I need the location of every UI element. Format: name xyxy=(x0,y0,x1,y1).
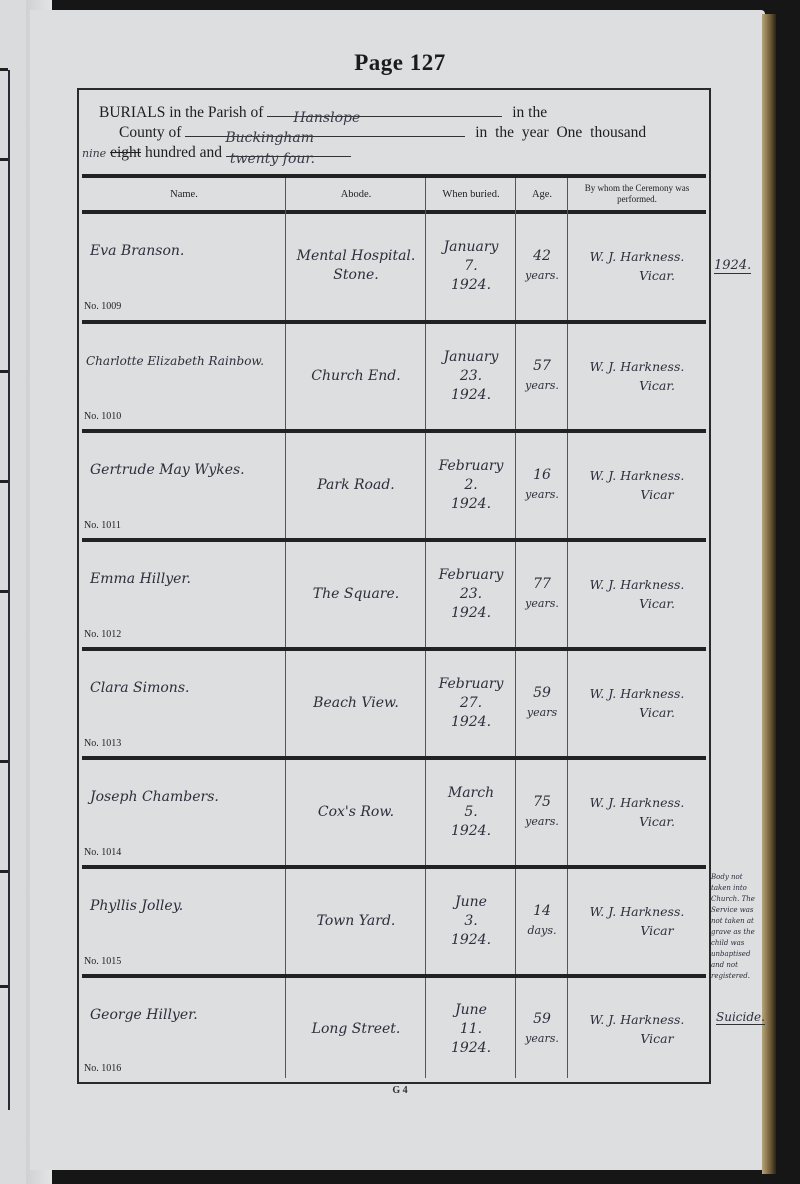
date-month: June xyxy=(455,1001,487,1020)
date-day: 7. xyxy=(464,257,477,276)
facing-page-rule xyxy=(0,870,8,873)
entry-date: March5.1924. xyxy=(426,760,516,864)
age-unit: years. xyxy=(525,1029,559,1048)
date-year: 1924. xyxy=(451,495,491,514)
entry-date: January7.1924. xyxy=(426,214,516,318)
age-unit: years. xyxy=(525,485,559,504)
officiant-title: Vicar xyxy=(600,485,673,504)
officiant-title: Vicar. xyxy=(599,266,675,285)
facing-page-rule xyxy=(0,480,8,483)
officiant-title: Vicar. xyxy=(599,594,675,613)
entry-officiant: W. J. Harkness.Vicar xyxy=(568,869,706,973)
entry-age: 77years. xyxy=(516,542,568,646)
facing-page-rule xyxy=(0,985,8,988)
header-label: BURIALS in the Parish of xyxy=(99,104,263,121)
col-header-when-buried: When buried. xyxy=(426,178,516,210)
burial-entry: George Hillyer. No. 1016 Long Street. Ju… xyxy=(82,978,706,1080)
entry-abode: Church End. xyxy=(286,324,426,428)
facing-page-rule xyxy=(0,590,8,593)
age-number: 42 xyxy=(533,247,551,266)
burial-entry: Joseph Chambers. No. 1014 Cox's Row. Mar… xyxy=(82,760,706,864)
entry-officiant: W. J. Harkness.Vicar xyxy=(568,433,706,537)
age-unit: years xyxy=(527,703,557,722)
header-line-3: nine eight hundred and twenty four. xyxy=(82,144,351,162)
officiant-name: W. J. Harkness. xyxy=(590,247,685,266)
entry-officiant: W. J. Harkness.Vicar. xyxy=(568,760,706,864)
officiant-name: W. J. Harkness. xyxy=(590,902,685,921)
entry-officiant: W. J. Harkness.Vicar. xyxy=(568,542,706,646)
date-year: 1924. xyxy=(451,713,491,732)
year-value: twenty four. xyxy=(230,151,315,167)
entry-number: No. 1010 xyxy=(84,411,121,422)
officiant-name: W. J. Harkness. xyxy=(590,684,685,703)
entry-number: No. 1009 xyxy=(84,301,121,312)
entry-abode: Mental Hospital. Stone. xyxy=(286,214,426,318)
entry-date: June11.1924. xyxy=(426,978,516,1080)
burial-entry: Charlotte Elizabeth Rainbow. No. 1010 Ch… xyxy=(82,324,706,428)
age-unit: years. xyxy=(525,266,559,285)
header-line-2: County of Buckingham in the year One tho… xyxy=(119,124,646,142)
date-year: 1924. xyxy=(451,822,491,841)
date-day: 27. xyxy=(460,694,482,713)
margin-note-unbaptised: Body not taken into Church. The Service … xyxy=(711,872,761,982)
parish-field: Hanslope xyxy=(267,116,502,117)
entry-officiant: W. J. Harkness.Vicar. xyxy=(568,324,706,428)
page-title: Page 127 xyxy=(0,50,800,76)
burial-entry: Phyllis Jolley. No. 1015 Town Yard. June… xyxy=(82,869,706,973)
officiant-name: W. J. Harkness. xyxy=(590,1010,685,1029)
page-edge xyxy=(762,14,776,1174)
entry-officiant: W. J. Harkness.Vicar. xyxy=(568,214,706,318)
entry-date: February23.1924. xyxy=(426,542,516,646)
entry-number: No. 1015 xyxy=(84,956,121,967)
margin-note-suicide: Suicide. xyxy=(716,1010,765,1025)
date-month: February xyxy=(439,675,504,694)
margin-note-year: 1924. xyxy=(714,258,751,274)
entry-abode: Long Street. xyxy=(286,978,426,1080)
col-header-officiant: By whom the Ceremony was performed. xyxy=(568,178,706,210)
date-day: 23. xyxy=(460,367,482,386)
entry-abode: Town Yard. xyxy=(286,869,426,973)
officiant-title: Vicar. xyxy=(599,376,675,395)
burial-entry: Emma Hillyer. No. 1012 The Square. Febru… xyxy=(82,542,706,646)
date-day: 2. xyxy=(464,476,477,495)
date-month: January xyxy=(444,348,499,367)
age-number: 16 xyxy=(533,466,551,485)
officiant-title: Vicar. xyxy=(599,703,675,722)
entry-age: 16years. xyxy=(516,433,568,537)
entry-date: June3.1924. xyxy=(426,869,516,973)
year-correction: nine xyxy=(82,147,106,160)
age-number: 14 xyxy=(533,902,551,921)
header-line-1: BURIALS in the Parish of Hanslope in the xyxy=(99,104,547,122)
burial-entry: Eva Branson. No. 1009 Mental Hospital. S… xyxy=(82,214,706,318)
entry-abode: The Square. xyxy=(286,542,426,646)
age-unit: years. xyxy=(525,812,559,831)
entry-age: 59years xyxy=(516,651,568,755)
age-unit: days. xyxy=(528,921,557,940)
entry-age: 14days. xyxy=(516,869,568,973)
entry-number: No. 1012 xyxy=(84,629,121,640)
entry-age: 42years. xyxy=(516,214,568,318)
facing-page-rule xyxy=(0,158,8,161)
date-month: June xyxy=(455,893,487,912)
signature-mark: G 4 xyxy=(0,1085,800,1096)
entry-number: No. 1011 xyxy=(84,520,121,531)
entry-abode: Cox's Row. xyxy=(286,760,426,864)
date-month: February xyxy=(439,457,504,476)
header-label: hundred and xyxy=(145,144,222,161)
entry-age: 57years. xyxy=(516,324,568,428)
entry-age: 75years. xyxy=(516,760,568,864)
entry-date: January23.1924. xyxy=(426,324,516,428)
date-year: 1924. xyxy=(451,276,491,295)
officiant-name: W. J. Harkness. xyxy=(590,793,685,812)
age-unit: years. xyxy=(525,376,559,395)
date-month: February xyxy=(439,566,504,585)
age-number: 59 xyxy=(533,684,551,703)
burial-entry: Clara Simons. No. 1013 Beach View. Febru… xyxy=(82,651,706,755)
officiant-title: Vicar xyxy=(600,1029,673,1048)
age-number: 77 xyxy=(533,575,551,594)
entry-number: No. 1014 xyxy=(84,847,121,858)
entry-age: 59years. xyxy=(516,978,568,1080)
date-year: 1924. xyxy=(451,1039,491,1058)
struck-text: eight xyxy=(110,144,141,161)
facing-page-rule xyxy=(0,370,8,373)
entry-abode: Park Road. xyxy=(286,433,426,537)
county-field: Buckingham xyxy=(185,136,465,137)
officiant-name: W. J. Harkness. xyxy=(590,466,685,485)
col-header-abode: Abode. xyxy=(286,178,426,210)
header-label: County of xyxy=(119,124,181,141)
entry-date: February2.1924. xyxy=(426,433,516,537)
col-header-age: Age. xyxy=(516,178,568,210)
date-day: 5. xyxy=(464,803,477,822)
officiant-title: Vicar xyxy=(600,921,673,940)
date-month: January xyxy=(444,238,499,257)
facing-page-rule xyxy=(0,760,8,763)
entry-number: No. 1013 xyxy=(84,738,121,749)
officiant-name: W. J. Harkness. xyxy=(590,575,685,594)
age-number: 59 xyxy=(533,1010,551,1029)
col-header-name: Name. xyxy=(82,178,286,210)
year-field: twenty four. xyxy=(226,156,351,157)
date-year: 1924. xyxy=(451,604,491,623)
burial-entry: Gertrude May Wykes. No. 1011 Park Road. … xyxy=(82,433,706,537)
date-day: 3. xyxy=(464,912,477,931)
age-number: 57 xyxy=(533,357,551,376)
date-month: March xyxy=(448,784,494,803)
header-label: in the xyxy=(512,104,547,121)
date-day: 11. xyxy=(460,1020,482,1039)
entry-number: No. 1016 xyxy=(84,1063,121,1074)
header-label: in the year One thousand xyxy=(475,124,646,141)
age-number: 75 xyxy=(533,793,551,812)
entry-date: February27.1924. xyxy=(426,651,516,755)
date-year: 1924. xyxy=(451,931,491,950)
entry-officiant: W. J. Harkness.Vicar xyxy=(568,978,706,1080)
register-frame: BURIALS in the Parish of Hanslope in the… xyxy=(77,88,711,1084)
date-day: 23. xyxy=(460,585,482,604)
entry-officiant: W. J. Harkness.Vicar. xyxy=(568,651,706,755)
date-year: 1924. xyxy=(451,386,491,405)
entry-abode: Beach View. xyxy=(286,651,426,755)
officiant-title: Vicar. xyxy=(599,812,675,831)
officiant-name: W. J. Harkness. xyxy=(590,357,685,376)
age-unit: years. xyxy=(525,594,559,613)
